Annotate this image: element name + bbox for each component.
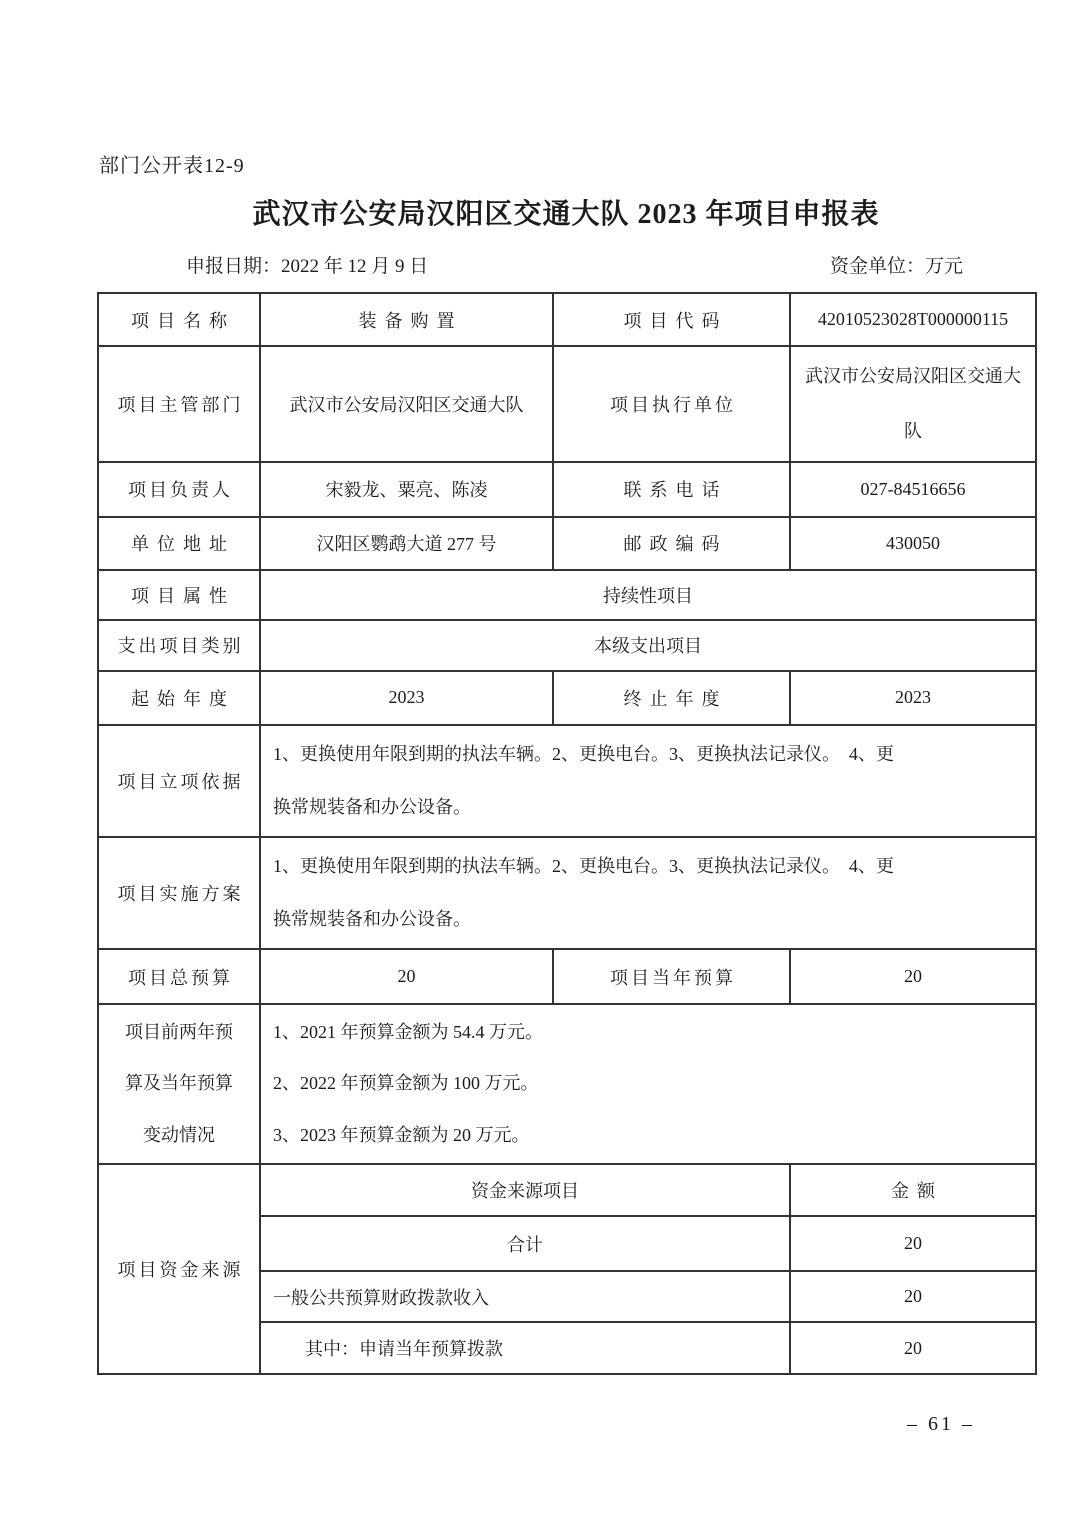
project-name-label: 项目名称 [98, 293, 260, 346]
total-budget-label: 项目总预算 [98, 949, 260, 1004]
row-attribute: 项目属性 持续性项目 [98, 570, 1036, 620]
current-year-budget-label: 项目当年预算 [553, 949, 790, 1004]
funding-current-request-amount: 20 [790, 1322, 1036, 1374]
start-year-value: 2023 [260, 671, 553, 725]
funding-source-label: 项目资金来源 [98, 1164, 260, 1374]
row-funding-header: 项目资金来源 资金来源项目 金额 [98, 1164, 1036, 1216]
attribute-value: 持续性项目 [260, 570, 1036, 620]
project-code-label: 项目代码 [553, 293, 790, 346]
funding-total-item: 合计 [260, 1216, 790, 1271]
row-expense-category: 支出项目类别 本级支出项目 [98, 620, 1036, 671]
row-supervisor-dept: 项目主管部门 武汉市公安局汉阳区交通大队 项目执行单位 武汉市公安局汉阳区交通大… [98, 346, 1036, 462]
supervisor-dept-label: 项目主管部门 [98, 346, 260, 462]
row-approval-basis: 项目立项依据 1、更换使用年限到期的执法车辆。2、更换电台。3、更换执法记录仪。… [98, 725, 1036, 837]
funding-current-request-item: 其中：申请当年预算拨款 [260, 1322, 790, 1374]
previous-budgets-label: 项目前两年预 算及当年预算 变动情况 [98, 1004, 260, 1164]
start-year-label: 起始年度 [98, 671, 260, 725]
expense-category-value: 本级支出项目 [260, 620, 1036, 671]
declare-date-label: 申报日期：2022 年 12 月 9 日 [186, 251, 428, 278]
row-address: 单位地址 汉阳区鹦鹉大道 277 号 邮政编码 430050 [98, 517, 1036, 570]
row-leader: 项目负责人 宋毅龙、粟亮、陈凌 联系电话 027-84516656 [98, 462, 1036, 517]
executing-unit-value: 武汉市公安局汉阳区交通大 队 [790, 346, 1036, 462]
project-name-value: 装备购置 [260, 293, 553, 346]
project-code-value: 42010523028T000000115 [790, 293, 1036, 346]
fund-unit-label: 资金单位：万元 [830, 251, 963, 278]
current-year-budget-value: 20 [790, 949, 1036, 1004]
address-label: 单位地址 [98, 517, 260, 570]
total-budget-value: 20 [260, 949, 553, 1004]
approval-basis-label: 项目立项依据 [98, 725, 260, 837]
form-number-label: 部门公开表12-9 [99, 149, 245, 178]
previous-budgets-value: 1、2021 年预算金额为 54.4 万元。 2、2022 年预算金额为 100… [260, 1004, 1036, 1164]
row-budget: 项目总预算 20 项目当年预算 20 [98, 949, 1036, 1004]
implementation-plan-value: 1、更换使用年限到期的执法车辆。2、更换电台。3、更换执法记录仪。 4、更 换常… [260, 837, 1036, 949]
project-application-table: 项目名称 装备购置 项目代码 42010523028T000000115 项目主… [97, 292, 1037, 1375]
phone-value: 027-84516656 [790, 462, 1036, 517]
page-number: – 61 – [907, 1413, 975, 1436]
row-previous-budgets: 项目前两年预 算及当年预算 变动情况 1、2021 年预算金额为 54.4 万元… [98, 1004, 1036, 1164]
leader-label: 项目负责人 [98, 462, 260, 517]
address-value: 汉阳区鹦鹉大道 277 号 [260, 517, 553, 570]
funding-general-amount: 20 [790, 1271, 1036, 1322]
dateline: 申报日期：2022 年 12 月 9 日 资金单位：万元 [97, 251, 1035, 278]
expense-category-label: 支出项目类别 [98, 620, 260, 671]
postcode-label: 邮政编码 [553, 517, 790, 570]
attribute-label: 项目属性 [98, 570, 260, 620]
funding-total-amount: 20 [790, 1216, 1036, 1271]
row-years: 起始年度 2023 终止年度 2023 [98, 671, 1036, 725]
phone-label: 联系电话 [553, 462, 790, 517]
funding-header-item: 资金来源项目 [260, 1164, 790, 1216]
page-title: 武汉市公安局汉阳区交通大队 2023 年项目申报表 [97, 192, 1035, 232]
funding-header-amount: 金额 [790, 1164, 1036, 1216]
funding-general-item: 一般公共预算财政拨款收入 [260, 1271, 790, 1322]
supervisor-dept-value: 武汉市公安局汉阳区交通大队 [260, 346, 553, 462]
approval-basis-value: 1、更换使用年限到期的执法车辆。2、更换电台。3、更换执法记录仪。 4、更 换常… [260, 725, 1036, 837]
postcode-value: 430050 [790, 517, 1036, 570]
executing-unit-label: 项目执行单位 [553, 346, 790, 462]
row-project-name: 项目名称 装备购置 项目代码 42010523028T000000115 [98, 293, 1036, 346]
implementation-plan-label: 项目实施方案 [98, 837, 260, 949]
document-page: 部门公开表12-9 武汉市公安局汉阳区交通大队 2023 年项目申报表 申报日期… [0, 0, 1074, 1520]
end-year-value: 2023 [790, 671, 1036, 725]
end-year-label: 终止年度 [553, 671, 790, 725]
row-implementation-plan: 项目实施方案 1、更换使用年限到期的执法车辆。2、更换电台。3、更换执法记录仪。… [98, 837, 1036, 949]
leader-value: 宋毅龙、粟亮、陈凌 [260, 462, 553, 517]
